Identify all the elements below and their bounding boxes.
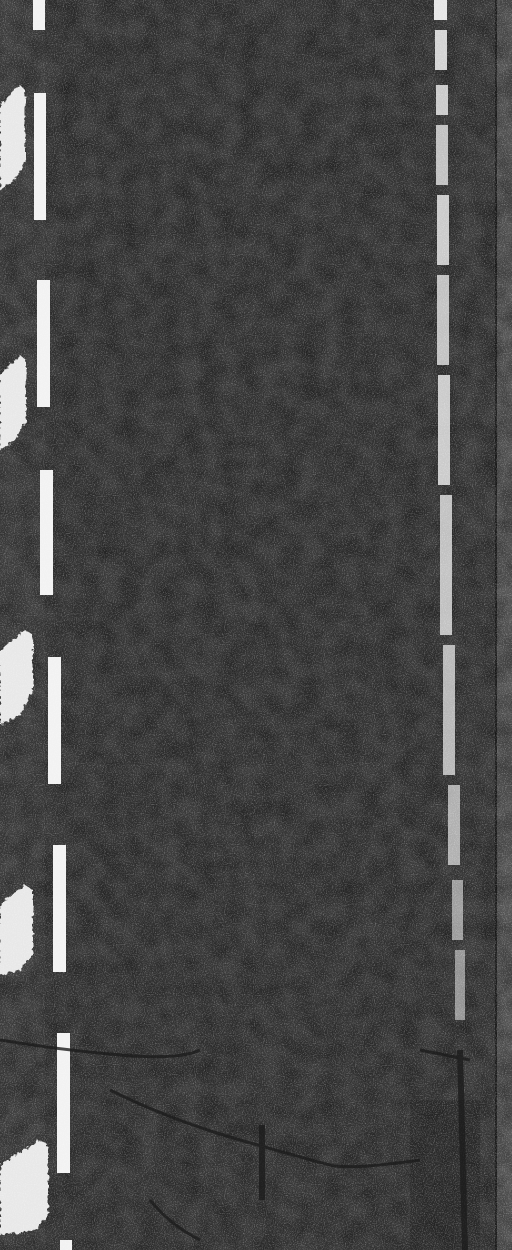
aggregate-texture — [0, 0, 512, 1250]
road-aerial-image — [0, 0, 512, 1250]
road-surface — [0, 0, 512, 1250]
